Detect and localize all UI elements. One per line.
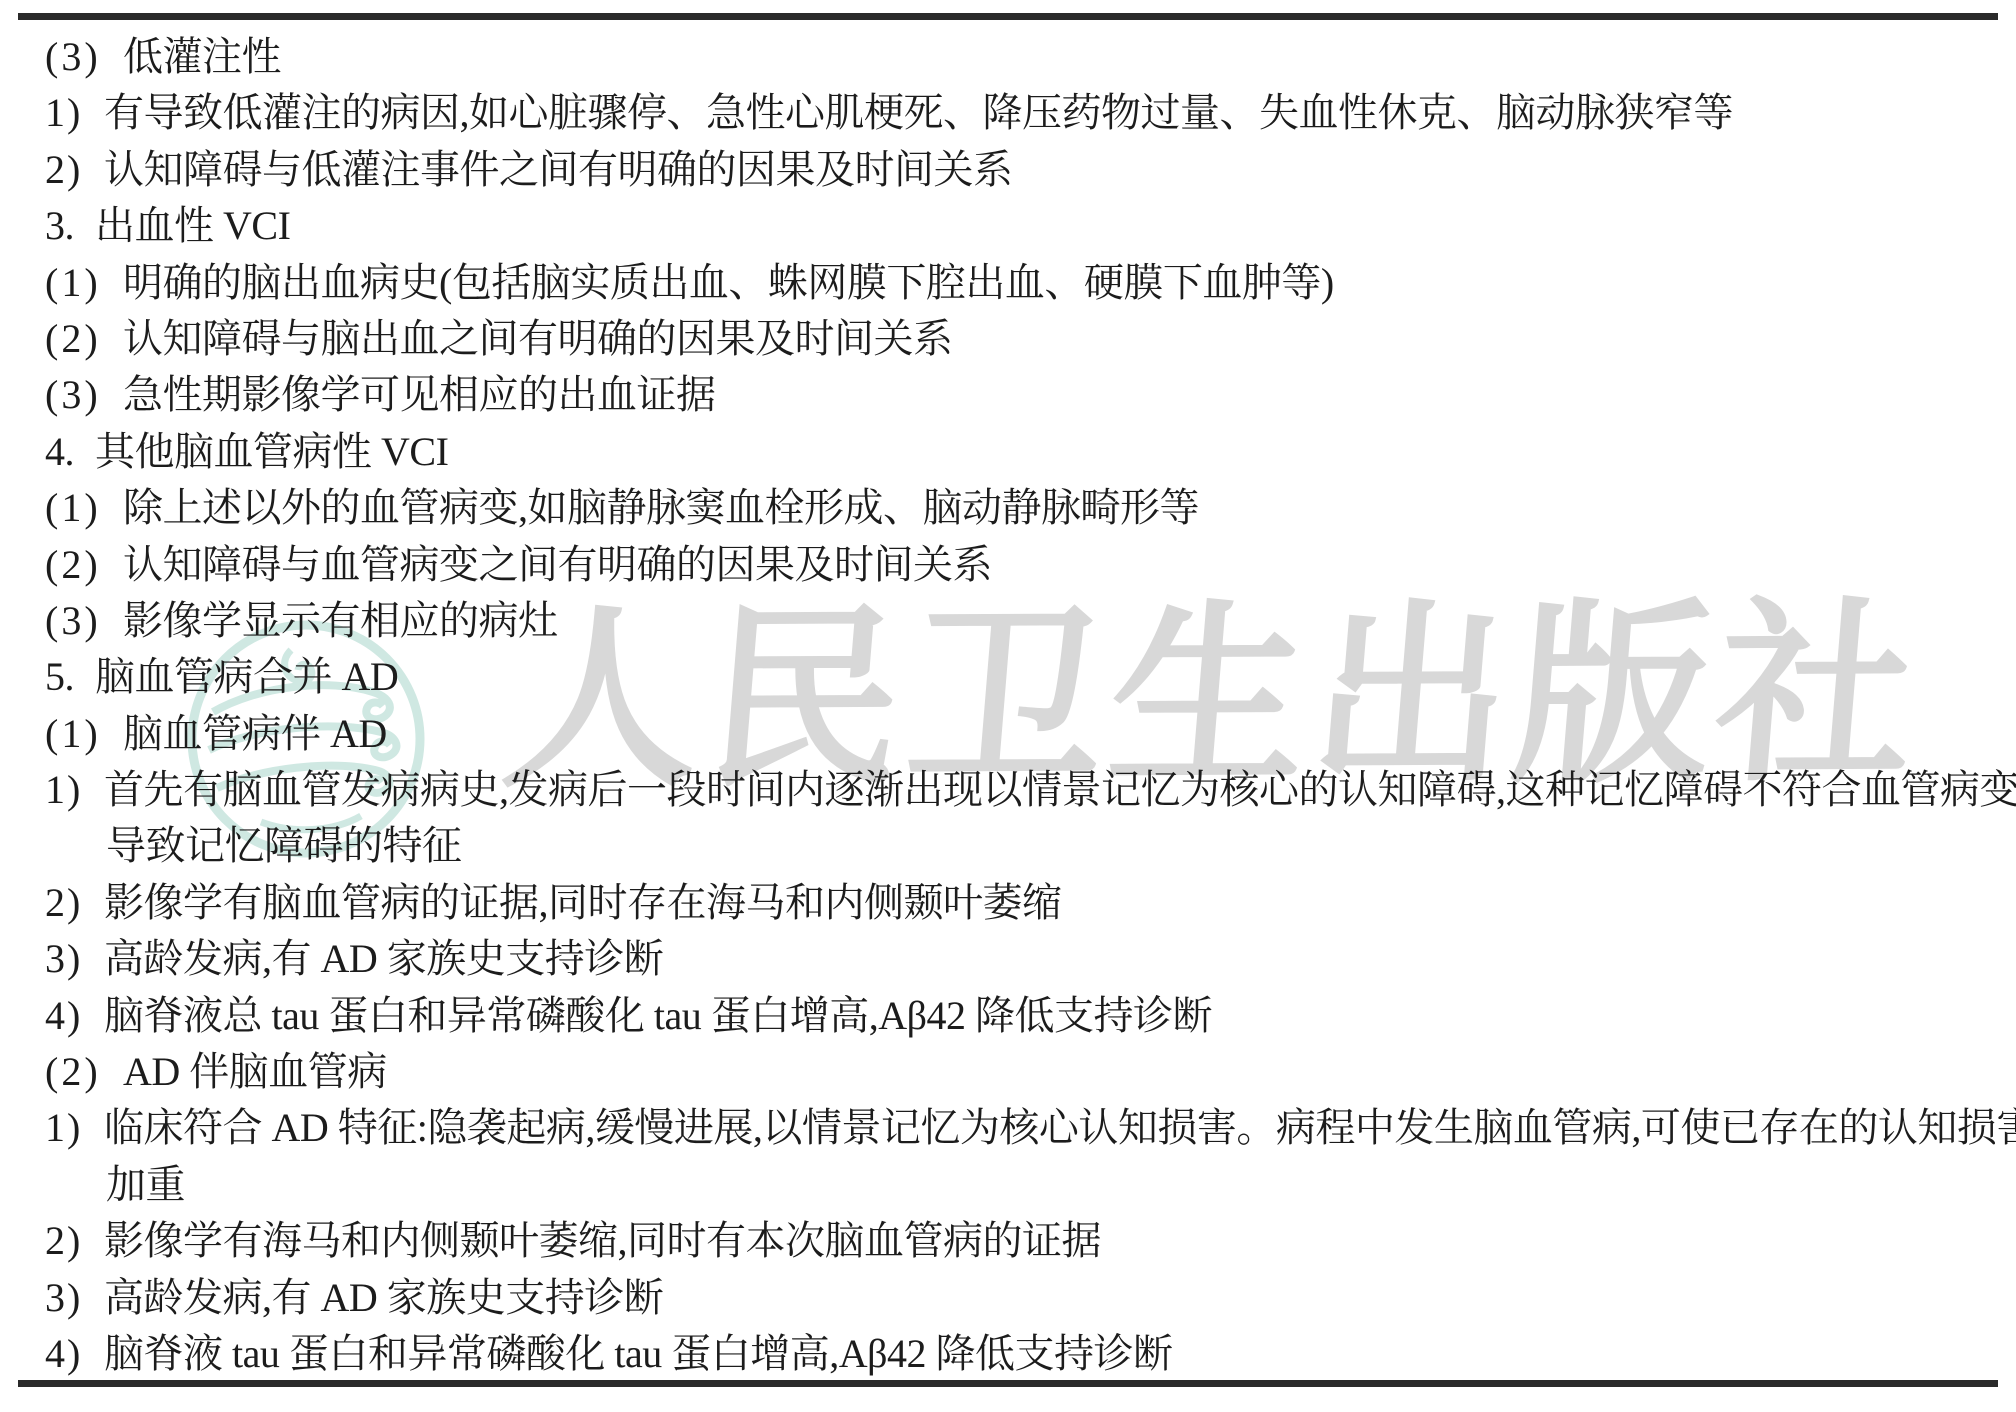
line-marker: 3) <box>45 1270 104 1326</box>
line-marker: 4. <box>45 424 95 480</box>
line-marker: (3) <box>45 593 123 649</box>
document-line: 2)影像学有海马和内侧颞叶萎缩,同时有本次脑血管病的证据 <box>0 1213 2016 1269</box>
document-line: 导致记忆障碍的特征 <box>0 818 2016 874</box>
document-line: (3)低灌注性 <box>0 29 2016 85</box>
line-marker: 2) <box>45 142 104 198</box>
line-marker: 4) <box>45 988 104 1044</box>
document-content: (3)低灌注性 1)有导致低灌注的病因,如心脏骤停、急性心肌梗死、降压药物过量、… <box>0 29 2016 1382</box>
line-text: 低灌注性 <box>123 34 281 79</box>
document-line: (1)明确的脑出血病史(包括脑实质出血、蛛网膜下腔出血、硬膜下血肿等) <box>0 255 2016 311</box>
document-line: 加重 <box>0 1157 2016 1213</box>
line-text: 认知障碍与低灌注事件之间有明确的因果及时间关系 <box>104 147 1013 192</box>
line-text: 脑血管病合并 AD <box>95 654 398 699</box>
line-marker: 3. <box>45 198 95 254</box>
line-marker: (2) <box>45 1044 123 1100</box>
line-text: 临床符合 AD 特征:隐袭起病,缓慢进展,以情景记忆为核心认知损害。病程中发生脑… <box>104 1105 2016 1150</box>
line-text: 高龄发病,有 AD 家族史支持诊断 <box>104 1275 663 1320</box>
line-marker: 4) <box>45 1326 104 1382</box>
line-text: 脑脊液总 tau 蛋白和异常磷酸化 tau 蛋白增高,Aβ42 降低支持诊断 <box>104 993 1212 1038</box>
line-text: 高龄发病,有 AD 家族史支持诊断 <box>104 936 663 981</box>
document-line: (2)AD 伴脑血管病 <box>0 1044 2016 1100</box>
document-line: (3)影像学显示有相应的病灶 <box>0 593 2016 649</box>
document-line: 2)认知障碍与低灌注事件之间有明确的因果及时间关系 <box>0 142 2016 198</box>
line-marker: 1) <box>45 1100 104 1156</box>
document-line: (2)认知障碍与脑出血之间有明确的因果及时间关系 <box>0 311 2016 367</box>
line-marker: (1) <box>45 255 123 311</box>
document-line: 1)临床符合 AD 特征:隐袭起病,缓慢进展,以情景记忆为核心认知损害。病程中发… <box>0 1100 2016 1156</box>
document-line: (1)脑血管病伴 AD <box>0 706 2016 762</box>
line-text: 加重 <box>106 1162 185 1207</box>
document-line: (1)除上述以外的血管病变,如脑静脉窦血栓形成、脑动静脉畸形等 <box>0 480 2016 536</box>
document-line: 2)影像学有脑血管病的证据,同时存在海马和内侧颞叶萎缩 <box>0 875 2016 931</box>
line-text: 认知障碍与脑出血之间有明确的因果及时间关系 <box>123 316 953 361</box>
line-text: 出血性 VCI <box>95 203 290 248</box>
line-marker: 2) <box>45 875 104 931</box>
line-marker: 3) <box>45 931 104 987</box>
line-text: 除上述以外的血管病变,如脑静脉窦血栓形成、脑动静脉畸形等 <box>123 485 1199 530</box>
line-marker: 2) <box>45 1213 104 1269</box>
line-text: 影像学有海马和内侧颞叶萎缩,同时有本次脑血管病的证据 <box>104 1218 1101 1263</box>
line-text: 影像学显示有相应的病灶 <box>123 598 558 643</box>
line-text: 认知障碍与血管病变之间有明确的因果及时间关系 <box>123 542 992 587</box>
document-line: 3)高龄发病,有 AD 家族史支持诊断 <box>0 931 2016 987</box>
document-line: 1)首先有脑血管发病病史,发病后一段时间内逐渐出现以情景记忆为核心的认知障碍,这… <box>0 762 2016 818</box>
document-line: 1)有导致低灌注的病因,如心脏骤停、急性心肌梗死、降压药物过量、失血性休克、脑动… <box>0 85 2016 141</box>
document-line: 4.其他脑血管病性 VCI <box>0 424 2016 480</box>
line-text: 急性期影像学可见相应的出血证据 <box>123 372 716 417</box>
line-marker: 1) <box>45 762 104 818</box>
document-line: 3)高龄发病,有 AD 家族史支持诊断 <box>0 1270 2016 1326</box>
line-text: 首先有脑血管发病病史,发病后一段时间内逐渐出现以情景记忆为核心的认知障碍,这种记… <box>104 767 2016 812</box>
document-line: (2)认知障碍与血管病变之间有明确的因果及时间关系 <box>0 537 2016 593</box>
line-marker: (3) <box>45 29 123 85</box>
line-text: 脑血管病伴 AD <box>123 711 387 756</box>
line-marker: 5. <box>45 649 95 705</box>
line-marker: (3) <box>45 367 123 423</box>
document-line: 4)脑脊液 tau 蛋白和异常磷酸化 tau 蛋白增高,Aβ42 降低支持诊断 <box>0 1326 2016 1382</box>
document-line: 3.出血性 VCI <box>0 198 2016 254</box>
bottom-rule <box>18 1380 1998 1387</box>
document-line: 4)脑脊液总 tau 蛋白和异常磷酸化 tau 蛋白增高,Aβ42 降低支持诊断 <box>0 988 2016 1044</box>
line-marker: (2) <box>45 537 123 593</box>
line-marker: 1) <box>45 85 104 141</box>
line-text: 明确的脑出血病史(包括脑实质出血、蛛网膜下腔出血、硬膜下血肿等) <box>123 260 1334 305</box>
line-marker: (1) <box>45 706 123 762</box>
line-text: 导致记忆障碍的特征 <box>106 823 462 868</box>
top-rule <box>18 13 1998 20</box>
line-text: 其他脑血管病性 VCI <box>95 429 448 474</box>
line-marker: (1) <box>45 480 123 536</box>
line-marker: (2) <box>45 311 123 367</box>
document-line: (3)急性期影像学可见相应的出血证据 <box>0 367 2016 423</box>
line-text: AD 伴脑血管病 <box>123 1049 387 1094</box>
document-line: 5.脑血管病合并 AD <box>0 649 2016 705</box>
line-text: 影像学有脑血管病的证据,同时存在海马和内侧颞叶萎缩 <box>104 880 1062 925</box>
line-text: 脑脊液 tau 蛋白和异常磷酸化 tau 蛋白增高,Aβ42 降低支持诊断 <box>104 1331 1172 1376</box>
line-text: 有导致低灌注的病因,如心脏骤停、急性心肌梗死、降压药物过量、失血性休克、脑动脉狭… <box>104 90 1733 135</box>
